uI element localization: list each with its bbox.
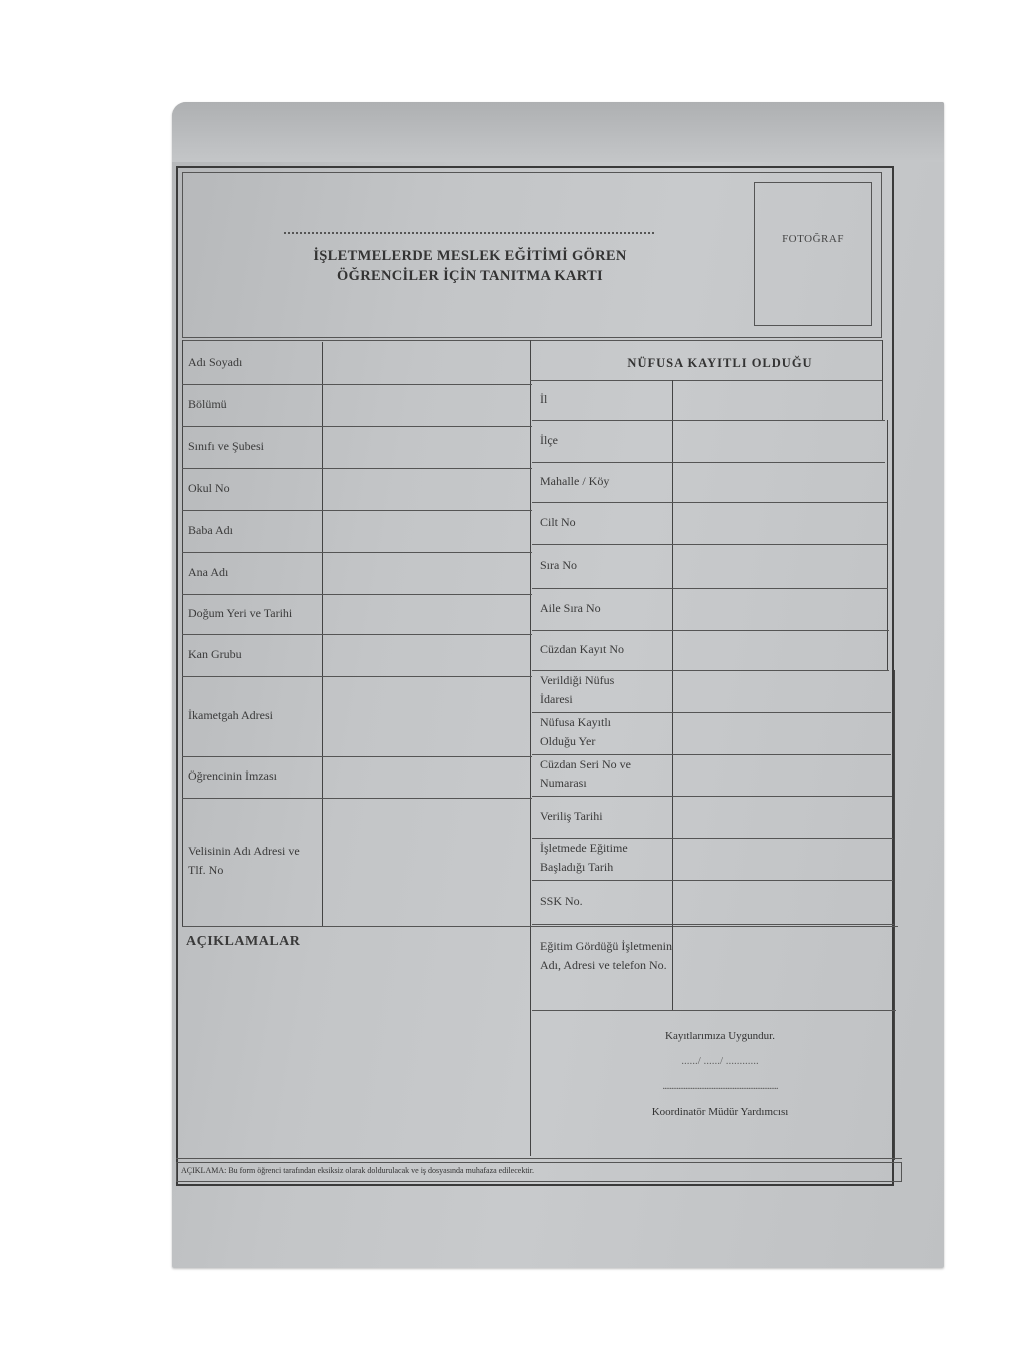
- registry-field-input[interactable]: [674, 380, 886, 420]
- field-input[interactable]: [324, 426, 528, 468]
- approval-text: Kayıtlarımıza Uygundur.: [560, 1030, 880, 1042]
- grid-line: [182, 340, 183, 926]
- registry-heading: NÜFUSA KAYITLI OLDUĞU: [560, 356, 880, 371]
- field-label: Baba Adı: [188, 521, 318, 540]
- registry-field-input[interactable]: [674, 838, 886, 880]
- field-input[interactable]: [324, 384, 528, 426]
- registry-field-input[interactable]: [674, 502, 886, 544]
- field-input[interactable]: [324, 468, 528, 510]
- field-label: Velisinin Adı Adresi ve Tlf. No: [188, 842, 318, 880]
- registry-field-input[interactable]: [674, 588, 886, 630]
- registry-field-label: Veriliş Tarihi: [540, 807, 640, 826]
- form-title-line1: İŞLETMELERDE MESLEK EĞİTİMİ GÖREN: [250, 246, 690, 266]
- field-label: İkametgah Adresi: [188, 706, 318, 725]
- registry-field-label: Nüfusa Kayıtlı Olduğu Yer: [540, 713, 640, 751]
- registry-field-label: SSK No.: [540, 892, 640, 911]
- form-title-line2: ÖĞRENCİLER İÇİN TANITMA KARTI: [250, 266, 690, 286]
- registry-field-label: Aile Sıra No: [540, 599, 640, 618]
- field-label: Doğum Yeri ve Tarihi: [188, 604, 318, 623]
- field-label: Sınıfı ve Şubesi: [188, 437, 318, 456]
- registry-field-label: Cüzdan Seri No ve Numarası: [540, 755, 640, 793]
- field-input[interactable]: [324, 594, 528, 634]
- approval-date[interactable]: ....../ ....../ ............: [560, 1055, 880, 1067]
- registry-field-label: Cüzdan Kayıt No: [540, 640, 640, 659]
- grid-line: [894, 670, 895, 1160]
- form-title: İŞLETMELERDE MESLEK EĞİTİMİ GÖREN ÖĞRENC…: [250, 246, 690, 286]
- footer-note: AÇIKLAMA: Bu form öğrenci tarafından eks…: [176, 1162, 902, 1182]
- field-input[interactable]: [324, 634, 528, 676]
- grid-line: [182, 340, 882, 341]
- photo-box[interactable]: FOTOĞRAF: [754, 182, 872, 326]
- signature-line[interactable]: ........................................…: [560, 1080, 880, 1092]
- registry-field-label: Cilt No: [540, 513, 640, 532]
- grid-line: [672, 380, 673, 1010]
- registry-field-input[interactable]: [674, 796, 886, 838]
- field-input[interactable]: [324, 756, 528, 798]
- grid-line: [532, 1010, 896, 1011]
- registry-field-label: İşletmede Eğitime Başladığı Tarih: [540, 839, 640, 877]
- field-input[interactable]: [324, 798, 528, 926]
- registry-field-input[interactable]: [674, 712, 886, 754]
- field-label: Ana Adı: [188, 563, 318, 582]
- remarks-field[interactable]: [180, 952, 532, 1156]
- remarks-heading: AÇIKLAMALAR: [186, 932, 300, 951]
- field-input[interactable]: [324, 552, 528, 594]
- grid-line: [176, 1158, 902, 1159]
- registry-field-label: Mahalle / Köy: [540, 472, 640, 491]
- photo-label: FOTOĞRAF: [782, 233, 844, 245]
- registry-field-input[interactable]: [674, 754, 886, 796]
- field-input[interactable]: [324, 342, 528, 384]
- field-input[interactable]: [324, 676, 528, 756]
- registry-field-input[interactable]: [674, 880, 886, 924]
- registry-field-input[interactable]: [674, 924, 886, 1010]
- registry-field-label: Eğitim Gördüğü İşletmenin Adı, Adresi ve…: [540, 937, 676, 975]
- field-label: Kan Grubu: [188, 645, 318, 664]
- field-label: Okul No: [188, 479, 318, 498]
- registry-field-label: İlçe: [540, 431, 640, 450]
- field-label: Adı Soyadı: [188, 353, 318, 372]
- registry-field-input[interactable]: [674, 670, 886, 712]
- field-label: Bölümü: [188, 395, 318, 414]
- dotted-line: [284, 232, 654, 234]
- registry-field-input[interactable]: [674, 462, 886, 502]
- grid-line: [887, 420, 888, 670]
- registry-field-label: Sıra No: [540, 556, 640, 575]
- registry-field-label: İl: [540, 390, 640, 409]
- field-label: Öğrencinin İmzası: [188, 767, 318, 786]
- registry-field-input[interactable]: [674, 544, 886, 588]
- registry-field-input[interactable]: [674, 630, 886, 670]
- field-input[interactable]: [324, 510, 528, 552]
- registry-field-label: Verildiği Nüfus İdaresi: [540, 671, 640, 709]
- signer-title: Koordinatör Müdür Yardımcısı: [560, 1106, 880, 1118]
- registry-field-input[interactable]: [674, 420, 886, 462]
